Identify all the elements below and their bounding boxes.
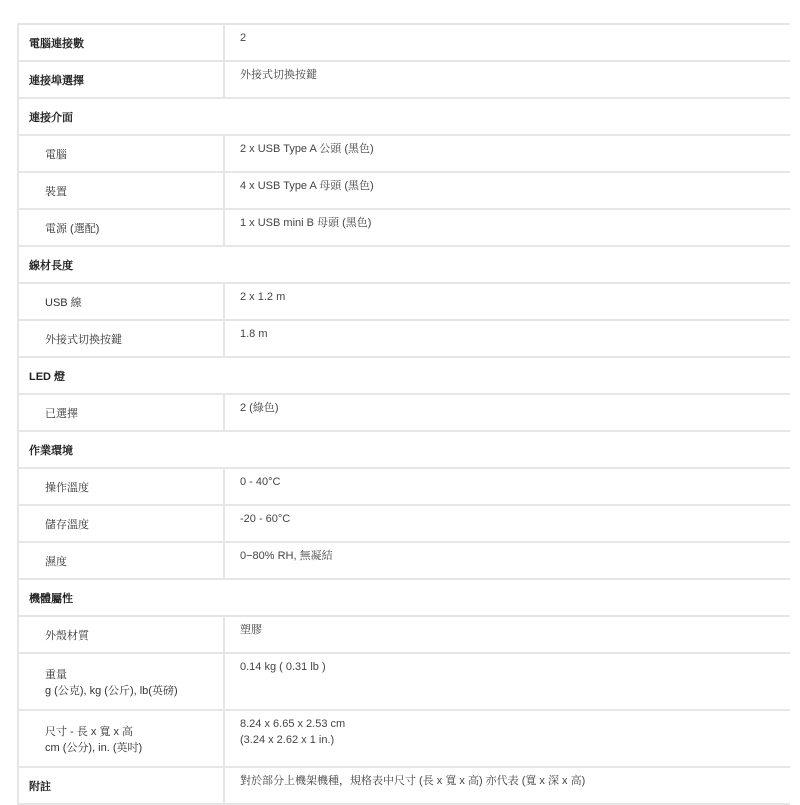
section-heading: 作業環境 — [18, 431, 224, 468]
spec-label: 電源 (選配) — [18, 209, 224, 246]
spec-row-dimensions: 尺寸 - 長 x 寬 x 高 cm (公分), in. (英吋) 8.24 x … — [18, 710, 790, 767]
spec-label: 外殼材質 — [18, 616, 224, 653]
spec-label: 重量 g (公克), kg (公斤), lb(英磅) — [18, 653, 224, 710]
spec-label: 裝置 — [18, 172, 224, 209]
section-heading: LED 燈 — [18, 357, 224, 394]
spec-value: 0 - 40°C — [224, 468, 790, 505]
spec-section-interfaces: 連接介面 — [18, 98, 790, 135]
spec-label-units: cm (公分), in. (英吋) — [45, 740, 213, 756]
spec-section-cable-length: 線材長度 — [18, 246, 790, 283]
spec-value: 塑膠 — [224, 616, 790, 653]
spec-row-housing: 外殼材質 塑膠 — [18, 616, 790, 653]
spec-section-environment: 作業環境 — [18, 431, 790, 468]
spec-value: 外接式切換按鍵 — [224, 61, 790, 98]
spec-label: 外接式切換按鍵 — [18, 320, 224, 357]
spec-label: 連接埠選擇 — [18, 61, 224, 98]
spec-value: 2 — [224, 24, 790, 61]
spec-label-units: g (公克), kg (公斤), lb(英磅) — [45, 683, 213, 699]
spec-value: 0−80% RH, 無凝結 — [224, 542, 790, 579]
section-heading: 線材長度 — [18, 246, 224, 283]
spec-value: 對於部分上機架機種，規格表中尺寸 (長 x 寬 x 高) 亦代表 (寬 x 深 … — [224, 767, 790, 800]
spec-label: 電腦連接數 — [18, 24, 224, 61]
specification-table: 電腦連接數 2 連接埠選擇 外接式切換按鍵 連接介面 電腦 2 x USB Ty… — [17, 23, 790, 800]
spec-row-port-selection: 連接埠選擇 外接式切換按鍵 — [18, 61, 790, 98]
spec-section-led: LED 燈 — [18, 357, 790, 394]
spec-value: 1 x USB mini B 母頭 (黑色) — [224, 209, 790, 246]
spec-value: 4 x USB Type A 母頭 (黑色) — [224, 172, 790, 209]
spec-label-primary: 重量 — [45, 667, 213, 683]
spec-value-empty — [224, 246, 790, 283]
spec-value: 2 x 1.2 m — [224, 283, 790, 320]
spec-label: USB 線 — [18, 283, 224, 320]
spec-value: 2 (綠色) — [224, 394, 790, 431]
spec-label: 已選擇 — [18, 394, 224, 431]
spec-row-humidity: 濕度 0−80% RH, 無凝結 — [18, 542, 790, 579]
spec-label: 操作溫度 — [18, 468, 224, 505]
spec-value: 8.24 x 6.65 x 2.53 cm (3.24 x 2.62 x 1 i… — [224, 710, 790, 767]
spec-row-interface-power: 電源 (選配) 1 x USB mini B 母頭 (黑色) — [18, 209, 790, 246]
spec-value: 1.8 m — [224, 320, 790, 357]
spec-value: 2 x USB Type A 公頭 (黑色) — [224, 135, 790, 172]
spec-row-led-selected: 已選擇 2 (綠色) — [18, 394, 790, 431]
spec-value-empty — [224, 357, 790, 394]
spec-label-primary: 尺寸 - 長 x 寬 x 高 — [45, 724, 213, 740]
spec-value-empty — [224, 579, 790, 616]
spec-value: 0.14 kg ( 0.31 lb ) — [224, 653, 790, 710]
spec-row-weight: 重量 g (公克), kg (公斤), lb(英磅) 0.14 kg ( 0.3… — [18, 653, 790, 710]
spec-row-operating-temp: 操作溫度 0 - 40°C — [18, 468, 790, 505]
spec-value: -20 - 60°C — [224, 505, 790, 542]
spec-label: 儲存溫度 — [18, 505, 224, 542]
spec-label: 附註 — [18, 767, 224, 800]
spec-row-usb-cable: USB 線 2 x 1.2 m — [18, 283, 790, 320]
section-heading: 機體屬性 — [18, 579, 224, 616]
spec-row-interface-computer: 電腦 2 x USB Type A 公頭 (黑色) — [18, 135, 790, 172]
spec-row-switch-cable: 外接式切換按鍵 1.8 m — [18, 320, 790, 357]
spec-label: 濕度 — [18, 542, 224, 579]
spec-section-physical: 機體屬性 — [18, 579, 790, 616]
spec-value-empty — [224, 98, 790, 135]
spec-row-computer-connections: 電腦連接數 2 — [18, 24, 790, 61]
spec-label: 尺寸 - 長 x 寬 x 高 cm (公分), in. (英吋) — [18, 710, 224, 767]
section-heading: 連接介面 — [18, 98, 224, 135]
spec-row-storage-temp: 儲存溫度 -20 - 60°C — [18, 505, 790, 542]
spec-row-interface-device: 裝置 4 x USB Type A 母頭 (黑色) — [18, 172, 790, 209]
spec-label: 電腦 — [18, 135, 224, 172]
spec-row-notes: 附註 對於部分上機架機種，規格表中尺寸 (長 x 寬 x 高) 亦代表 (寬 x… — [18, 767, 790, 800]
spec-value-empty — [224, 431, 790, 468]
